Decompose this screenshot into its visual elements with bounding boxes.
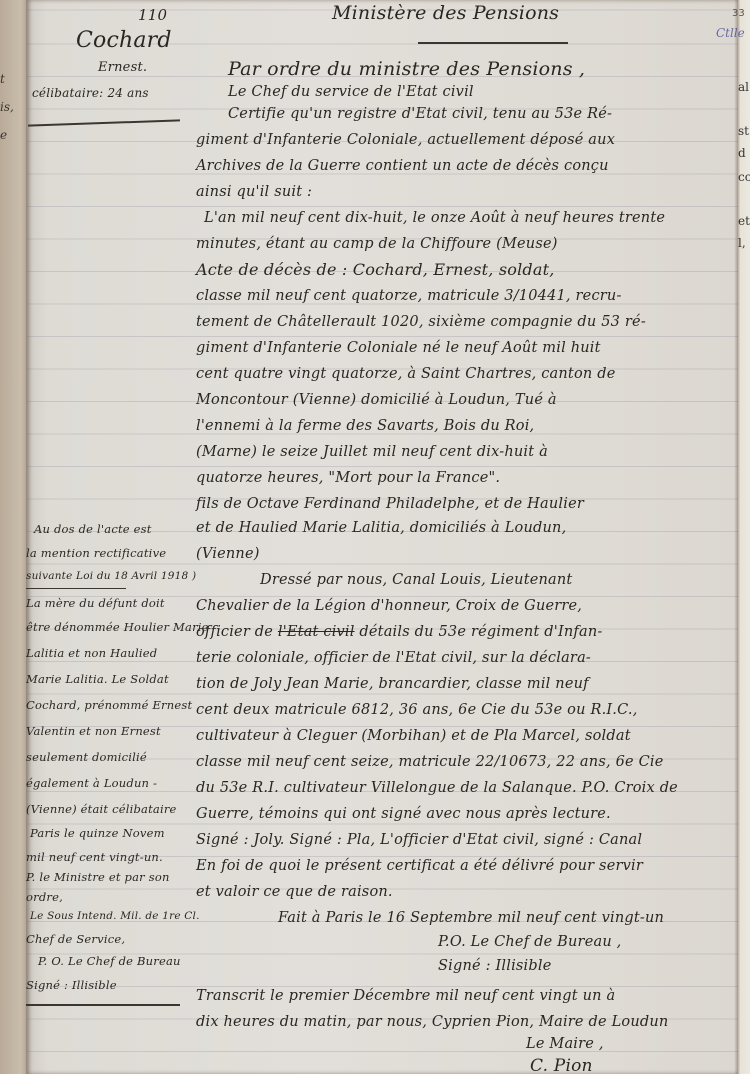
- next-page-fragment: d: [738, 146, 746, 160]
- body-text: détails du 53e régiment d'Infan-: [355, 624, 603, 640]
- body-line: Signé : Joly. Signé : Pla, L'officier d'…: [196, 832, 642, 848]
- body-line-with-strike: officier de l'Etat civil détails du 53e …: [196, 624, 602, 640]
- body-line: Archives de la Guerre contient un acte d…: [196, 158, 609, 174]
- margin-note-line: P. le Ministre et par son: [26, 870, 170, 884]
- body-line: et valoir ce que de raison.: [196, 884, 393, 900]
- previous-page-fragment: t: [0, 72, 5, 86]
- body-line: (Vienne): [196, 546, 260, 562]
- body-line: classe mil neuf cent quatorze, matricule…: [196, 288, 622, 304]
- body-line: cultivateur à Cleguer (Morbihan) et de P…: [196, 728, 631, 744]
- body-line: quatorze heures, "Mort pour la France".: [196, 470, 500, 486]
- document-header: Ministère des Pensions: [332, 2, 559, 24]
- issue-date: Fait à Paris le 16 Septembre mil neuf ce…: [278, 910, 664, 926]
- register-page: 33 Ctlle Ministère des Pensions 110 Coch…: [26, 0, 738, 1074]
- body-line: (Marne) le seize Juillet mil neuf cent d…: [196, 444, 548, 460]
- body-line: Moncontour (Vienne) domicilié à Loudun, …: [196, 392, 557, 408]
- body-line: cent deux matricule 6812, 36 ans, 6e Cie…: [196, 702, 638, 718]
- margin-note-line: P. O. Le Chef de Bureau: [38, 954, 181, 968]
- body-line: Certifie qu'un registre d'Etat civil, te…: [228, 106, 612, 122]
- margin-note-line: mil neuf cent vingt-un.: [26, 850, 163, 864]
- body-line: giment d'Infanterie Coloniale, actuellem…: [196, 132, 615, 148]
- body-line: giment d'Infanterie Coloniale né le neuf…: [196, 340, 601, 356]
- margin-note-line: être dénommée Houlier Marie: [26, 620, 209, 634]
- margin-status: célibataire: 24 ans: [32, 86, 149, 100]
- body-line: L'an mil neuf cent dix-huit, le onze Aoû…: [204, 210, 665, 226]
- margin-note-line: Lalitia et non Haulied: [26, 646, 157, 660]
- body-line: classe mil neuf cent seize, matricule 22…: [196, 754, 664, 770]
- margin-note-line: ordre,: [26, 890, 63, 904]
- margin-note-line: Marie Lalitia. Le Soldat: [26, 672, 169, 686]
- margin-note-end-rule: [26, 1004, 180, 1006]
- margin-first-name: Ernest.: [98, 60, 147, 75]
- transcription-line: Transcrit le premier Décembre mil neuf c…: [196, 988, 615, 1004]
- margin-note-line: Le Sous Intend. Mil. de 1re Cl.: [30, 910, 200, 922]
- next-page-fragment: st: [738, 124, 749, 138]
- margin-note-line: également à Loudun -: [26, 776, 157, 790]
- body-line: tion de Joly Jean Marie, brancardier, cl…: [196, 676, 589, 692]
- margin-note-line: Chef de Service,: [26, 932, 125, 946]
- body-line: et de Haulied Marie Lalitia, domiciliés …: [196, 520, 566, 536]
- header-underline: [418, 42, 568, 44]
- margin-note-line: suivante Loi du 18 Avril 1918 ): [26, 570, 196, 582]
- page-number: 33: [732, 8, 745, 19]
- margin-note-line: Valentin et non Ernest: [26, 724, 161, 738]
- body-line: fils de Octave Ferdinand Philadelphe, et…: [196, 496, 584, 512]
- margin-note-line: La mère du défunt doit: [26, 596, 165, 610]
- body-line: terie coloniale, officier de l'Etat civi…: [196, 650, 591, 666]
- struck-text: l'Etat civil: [278, 624, 355, 640]
- margin-note-line: (Vienne) était célibataire: [26, 802, 177, 816]
- body-line: Le Chef du service de l'Etat civil: [228, 84, 474, 100]
- mayor-signature: C. Pion: [530, 1056, 593, 1074]
- margin-surname: Cochard: [76, 28, 172, 53]
- body-line: cent quatre vingt quatorze, à Saint Char…: [196, 366, 616, 382]
- next-page-fragment: cc: [738, 170, 750, 184]
- body-line: du 53e R.I. cultivateur Villelongue de l…: [196, 780, 678, 796]
- margin-note-line: Paris le quinze Novem: [30, 826, 165, 840]
- mayor-title: Le Maire ,: [526, 1036, 604, 1052]
- margin-note-line: seulement domicilié: [26, 750, 147, 764]
- transcription-line: dix heures du matin, par nous, Cyprien P…: [196, 1014, 668, 1030]
- body-line-deceased: Acte de décès de : Cochard, Ernest, sold…: [196, 260, 555, 279]
- signatory-title: P.O. Le Chef de Bureau ,: [438, 934, 621, 950]
- body-line: l'ennemi à la ferme des Savarts, Bois du…: [196, 418, 534, 434]
- body-line: ainsi qu'il suit :: [196, 184, 312, 200]
- body-line: En foi de quoi le présent certificat a é…: [196, 858, 643, 874]
- body-line: Guerre, témoins qui ont signé avec nous …: [196, 806, 611, 822]
- margin-note-underline: [26, 588, 126, 589]
- previous-page-fragment: is,: [0, 100, 14, 114]
- control-stamp: Ctlle: [716, 26, 745, 40]
- margin-note-line: la mention rectificative: [26, 546, 166, 560]
- body-line: Chevalier de la Légion d'honneur, Croix …: [196, 598, 582, 614]
- next-page-fragment: l,: [738, 236, 746, 250]
- next-page-fragment: al: [738, 80, 749, 94]
- margin-note-line: Signé : Illisible: [26, 978, 117, 992]
- next-page-edge: al st d cc et l,: [736, 0, 750, 1074]
- margin-note-line: Cochard, prénommé Ernest: [26, 698, 192, 712]
- margin-title-underline: [28, 119, 180, 126]
- signature-illegible: Signé : Illisible: [438, 958, 552, 974]
- next-page-fragment: et: [738, 214, 750, 228]
- previous-page-fragment: e: [0, 128, 7, 142]
- body-line: Par ordre du ministre des Pensions ,: [228, 58, 585, 80]
- body-line: tement de Châtellerault 1020, sixième co…: [196, 314, 646, 330]
- body-line: minutes, étant au camp de la Chiffoure (…: [196, 236, 558, 252]
- body-line: Dressé par nous, Canal Louis, Lieutenant: [260, 572, 572, 588]
- margin-note-line: Au dos de l'acte est: [34, 522, 152, 536]
- register-number: 110: [138, 6, 167, 24]
